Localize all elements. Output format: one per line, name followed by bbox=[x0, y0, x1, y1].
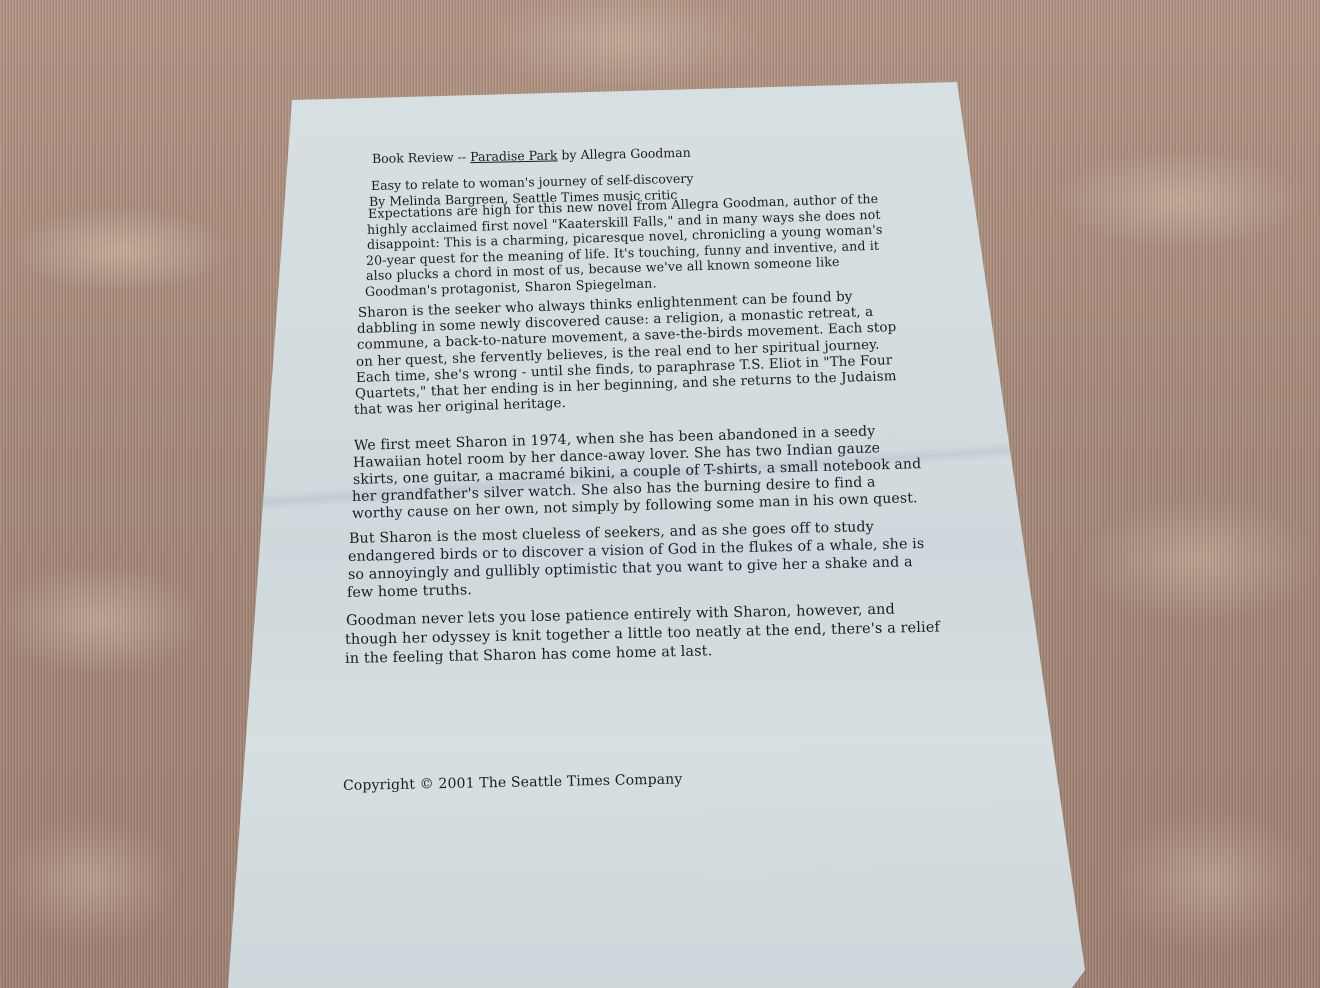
book-title: Paradise Park bbox=[470, 147, 558, 164]
paragraph-line: few home truths. bbox=[347, 582, 472, 601]
review-title-prefix: Book Review -- bbox=[372, 149, 470, 166]
review-title-suffix: by Allegra Goodman bbox=[557, 145, 690, 163]
